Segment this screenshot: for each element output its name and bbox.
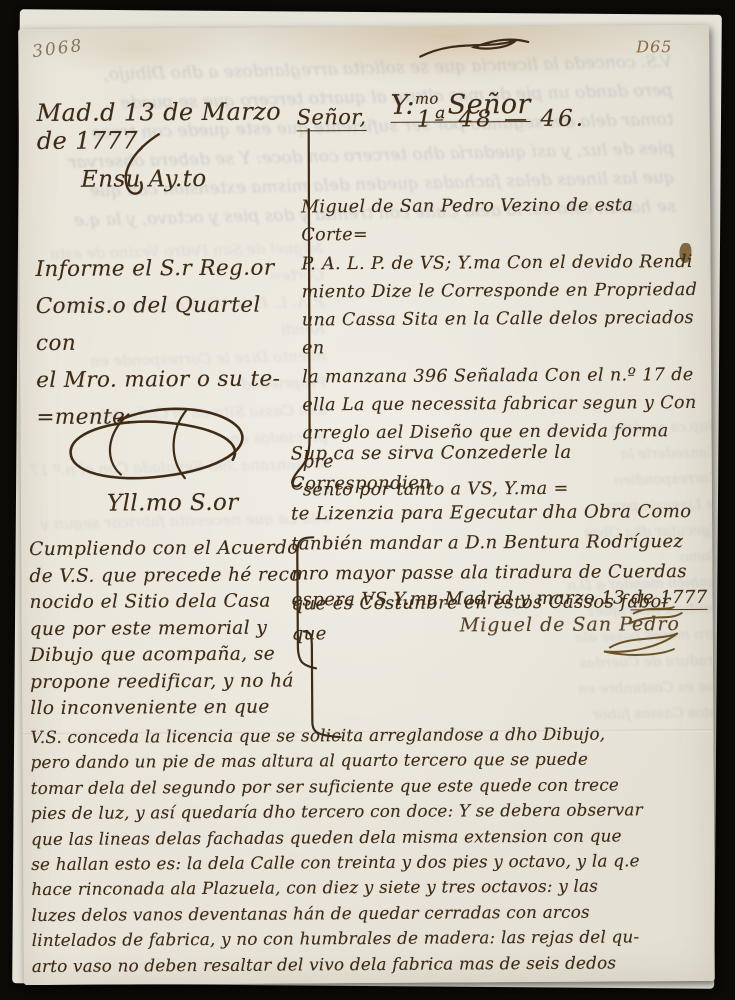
report-full-width: V.S. conceda la licencia que se solicita… [30,721,708,979]
heading-abbr: Y: [390,90,415,121]
archive-number-annotation: 3068 [31,36,84,62]
manuscript-page: V.S. conceda la licencia que se solicita… [18,25,715,985]
council-session-note: Ensu Ay.to [81,166,207,193]
heading-flourish [416,34,536,61]
signature-rubric [570,603,690,666]
folio-reference: 1ª 48 — 46. [417,106,586,133]
address-abbreviation: Yll.mo S.or [107,490,239,517]
catalog-code-annotation: D65 [636,37,672,56]
heading-abbr-sup: mo [415,90,439,108]
salutation: Señor, [297,105,367,129]
report-left-column: Cumpliendo con el Acuerdo de V.S. que pr… [29,535,310,722]
